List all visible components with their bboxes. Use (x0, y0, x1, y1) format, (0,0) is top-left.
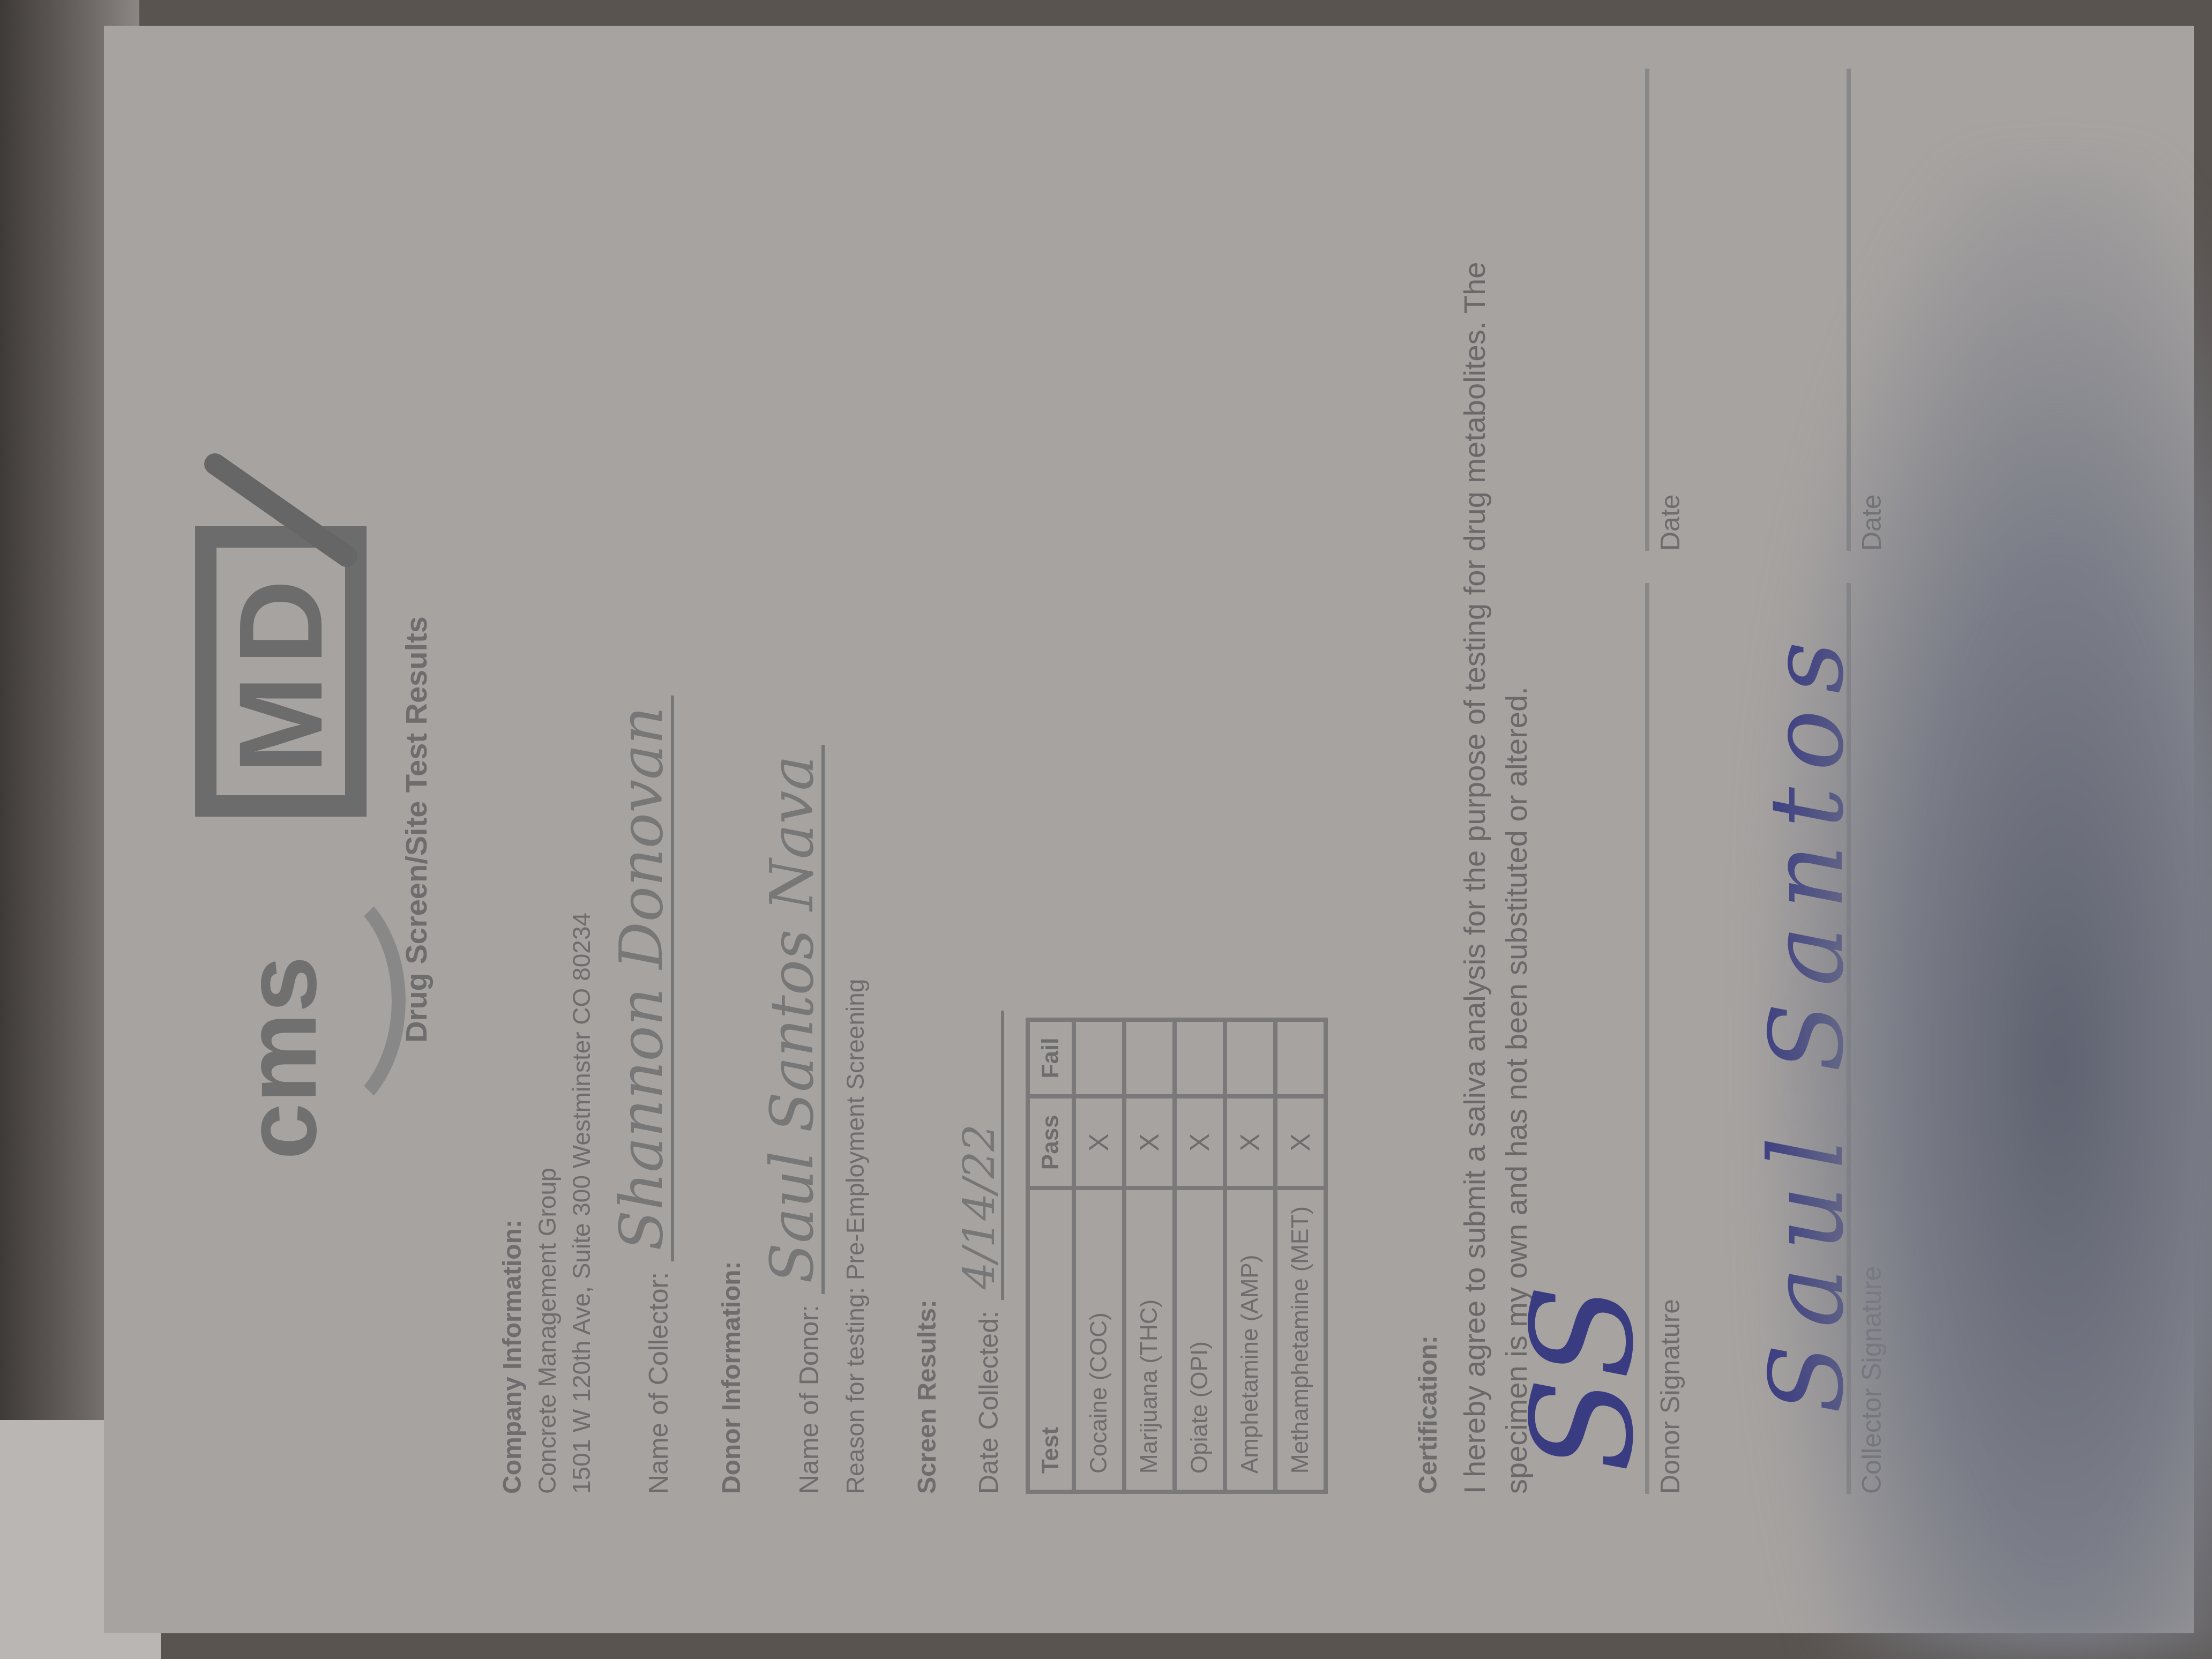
test-name: Amphetamine (AMP) (1225, 1188, 1275, 1492)
donor-date-label: Date (1655, 494, 1685, 551)
screen-results-heading: Screen Results: (913, 165, 942, 1494)
fail-mark (1124, 1020, 1175, 1097)
certification-heading: Certification: (1414, 165, 1443, 1494)
reason-line: Reason for testing: Pre-Employment Scree… (841, 165, 870, 1494)
table-row: Amphetamine (AMP) X (1225, 1020, 1275, 1492)
test-name: Marijuana (THC) (1124, 1188, 1175, 1492)
donor-name-label: Name of Donor: (794, 1305, 825, 1494)
collector-date-label: Date (1857, 494, 1887, 551)
donor-name-field: Name of Donor: Saul Santos Nava (763, 165, 825, 1494)
pass-mark: X (1225, 1096, 1275, 1188)
fail-mark (1074, 1020, 1124, 1097)
pass-mark: X (1275, 1096, 1326, 1188)
test-name: Cocaine (COC) (1074, 1188, 1124, 1492)
donor-signature-ink: SS (1503, 1284, 1664, 1473)
document-title: Drug Screen/Site Test Results (399, 165, 434, 1494)
company-name: Concrete Management Group (533, 165, 562, 1494)
company-heading: Company Information: (498, 165, 527, 1494)
collector-label: Name of Collector: (643, 1272, 674, 1494)
date-collected-value: 4/14/22 (958, 1011, 1004, 1300)
date-collected-label: Date Collected: (973, 1311, 1004, 1494)
fail-mark (1225, 1020, 1275, 1097)
donor-signature-row: SS Donor Signature Date (1645, 165, 1686, 1494)
table-row: Methamphetamine (MET) X (1275, 1020, 1326, 1492)
cms-logo: cms (222, 956, 339, 1160)
header-logos: cms MD (184, 165, 377, 1494)
results-table: Test Pass Fail Cocaine (COC) X Marijuana… (1026, 1018, 1328, 1494)
pass-mark: X (1175, 1096, 1225, 1188)
reason-label: Reason for testing: (841, 1287, 869, 1494)
collector-date-line: Date (1847, 69, 1887, 551)
collector-field: Name of Collector: Shannon Donovan (612, 165, 674, 1494)
fail-mark (1275, 1020, 1326, 1097)
collector-value: Shannon Donovan (612, 696, 674, 1261)
fail-mark (1175, 1020, 1225, 1097)
collector-signature-line: Saul Santos Collector Signature (1847, 583, 1887, 1494)
collector-signature-ink: Saul Santos (1747, 625, 1866, 1414)
col-test: Test (1028, 1188, 1074, 1492)
donor-heading: Donor Information: (717, 165, 746, 1494)
test-name: Methamphetamine (MET) (1275, 1188, 1326, 1492)
md-logo: MD (190, 499, 372, 817)
col-fail: Fail (1028, 1020, 1074, 1097)
donor-date-line: Date (1645, 69, 1686, 551)
test-name: Opiate (OPI) (1175, 1188, 1225, 1492)
date-collected-field: Date Collected: 4/14/22 (958, 165, 1004, 1494)
drug-screen-form: cms MD Drug Screen/Site Test Results Com… (104, 26, 2194, 1633)
cms-swoosh-icon (217, 875, 406, 1127)
table-row: Opiate (OPI) X (1175, 1020, 1225, 1492)
company-address: 1501 W 120th Ave, Suite 300 Westminster … (567, 165, 596, 1494)
table-row: Cocaine (COC) X (1074, 1020, 1124, 1492)
pass-mark: X (1124, 1096, 1175, 1188)
donor-signature-line: SS Donor Signature (1645, 583, 1686, 1494)
collector-signature-row: Saul Santos Collector Signature Date (1847, 165, 1887, 1494)
results-header-row: Test Pass Fail (1028, 1020, 1074, 1492)
col-pass: Pass (1028, 1096, 1074, 1188)
reason-value: Pre-Employment Screening (841, 979, 869, 1280)
donor-name-value: Saul Santos Nava (763, 745, 825, 1294)
pass-mark: X (1074, 1096, 1124, 1188)
table-row: Marijuana (THC) X (1124, 1020, 1175, 1492)
